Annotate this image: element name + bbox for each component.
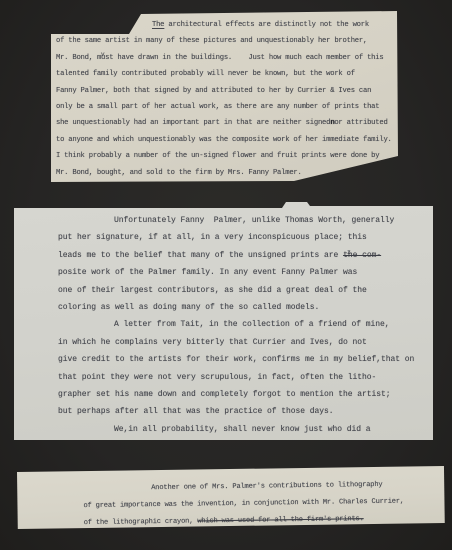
typed-text: in which he complains very bitterly that…: [58, 338, 367, 347]
typed-line: that point they were not very scrupulous…: [58, 369, 430, 386]
typed-text: put her signature, if at all, in a very …: [58, 233, 367, 242]
typed-line: one of their largest contributors, as sh…: [58, 282, 430, 299]
typed-line: A letter from Tait, in the collection of…: [58, 316, 430, 333]
typed-text: coloring as well as doing many of the so…: [58, 303, 319, 312]
typed-text: Unfortunately Fanny Palmer, unlike Thoma…: [114, 216, 394, 225]
struck-text: the com-z: [343, 251, 381, 260]
typed-text: or attributed: [334, 119, 387, 127]
handwritten-correction-mark: v: [101, 47, 105, 63]
typed-line: leads me to the belief that many of the …: [58, 247, 430, 264]
typed-text: she unquestionably had an important part…: [56, 119, 330, 127]
typed-text: but perhaps after all that was the pract…: [58, 407, 334, 416]
typed-text: Mr. Bond, bought, and sold to the firm b…: [56, 169, 302, 177]
typed-line: she unquestionably had an important part…: [56, 115, 396, 131]
typed-line: Fanny Palmer, both that signed by and at…: [56, 83, 396, 99]
typed-line: put her signature, if at all, in a very …: [58, 229, 430, 246]
typed-text: Mr. Bond,: [56, 54, 97, 62]
typed-text-block: Unfortunately Fanny Palmer, unlike Thoma…: [58, 212, 430, 438]
typed-text: We,in all probability, shall never know …: [114, 425, 371, 434]
typed-line: only be a small part of her actual work,…: [56, 99, 396, 115]
typed-line: Unfortunately Fanny Palmer, unlike Thoma…: [58, 212, 430, 229]
typed-note-top: The architectural effects are distinctly…: [51, 8, 398, 183]
typed-text: posite work of the Palmer family. In any…: [58, 268, 357, 277]
typed-line: I think probably a number of the un-sign…: [56, 148, 396, 164]
typed-text: have drawn in the buildings. Just how mu…: [113, 54, 383, 62]
typed-text: only be a small part of her actual work,…: [56, 103, 379, 111]
typed-text: architectural effects are distinctly not…: [164, 21, 369, 29]
typed-text: of the lithographic crayon,: [84, 518, 198, 528]
typed-line: coloring as well as doing many of the so…: [58, 299, 430, 316]
typed-text: A letter from Tait, in the collection of…: [114, 320, 390, 329]
underlined-text: The: [152, 21, 164, 29]
typed-text-block: Another one of Mrs. Palmer's contributio…: [83, 476, 442, 533]
typed-text: give credit to the artists for their wor…: [58, 355, 414, 364]
typed-text: Another one of Mrs. Palmer's contributio…: [151, 481, 382, 492]
typed-text: mustv: [97, 54, 113, 62]
typed-line: give credit to the artists for their wor…: [58, 351, 430, 368]
typed-line: but perhaps after all that was the pract…: [58, 403, 430, 420]
typed-note-bottom: Another one of Mrs. Palmer's contributio…: [17, 466, 445, 529]
typed-line: grapher set his name down and completely…: [58, 386, 430, 403]
typed-text: of great importance was the invention, i…: [83, 498, 404, 510]
typed-text: grapher set his name down and completely…: [58, 390, 391, 399]
typed-note-middle: Unfortunately Fanny Palmer, unlike Thoma…: [14, 202, 433, 440]
typed-line: Mr. Bond, mustv have drawn in the buildi…: [56, 50, 396, 66]
typed-line: in which he complains very bitterly that…: [58, 334, 430, 351]
typed-line: We,in all probability, shall never know …: [58, 421, 430, 438]
typed-text: Fanny Palmer, both that signed by and at…: [56, 87, 371, 95]
typed-text: of the same artist in many of these pict…: [56, 37, 367, 45]
typed-line: of the same artist in many of these pict…: [56, 33, 396, 49]
typed-text: talented family contributed probably wil…: [56, 70, 355, 78]
typed-line: posite work of the Palmer family. In any…: [58, 264, 430, 281]
typed-text: that point they were not very scrupulous…: [58, 373, 376, 382]
typed-line: talented family contributed probably wil…: [56, 66, 396, 82]
typed-text: one of their largest contributors, as sh…: [58, 286, 367, 295]
typed-text: leads me to the belief that many of the …: [58, 251, 343, 260]
typed-text: to anyone and which unquestionably was t…: [56, 136, 392, 144]
struck-text: which was used for all the firm's prints…: [197, 516, 363, 526]
typed-line: to anyone and which unquestionably was t…: [56, 132, 396, 148]
handwritten-correction-mark: z: [347, 244, 351, 261]
typed-text-block: The architectural effects are distinctly…: [56, 17, 396, 181]
typed-text: I think probably a number of the un-sign…: [56, 152, 379, 160]
